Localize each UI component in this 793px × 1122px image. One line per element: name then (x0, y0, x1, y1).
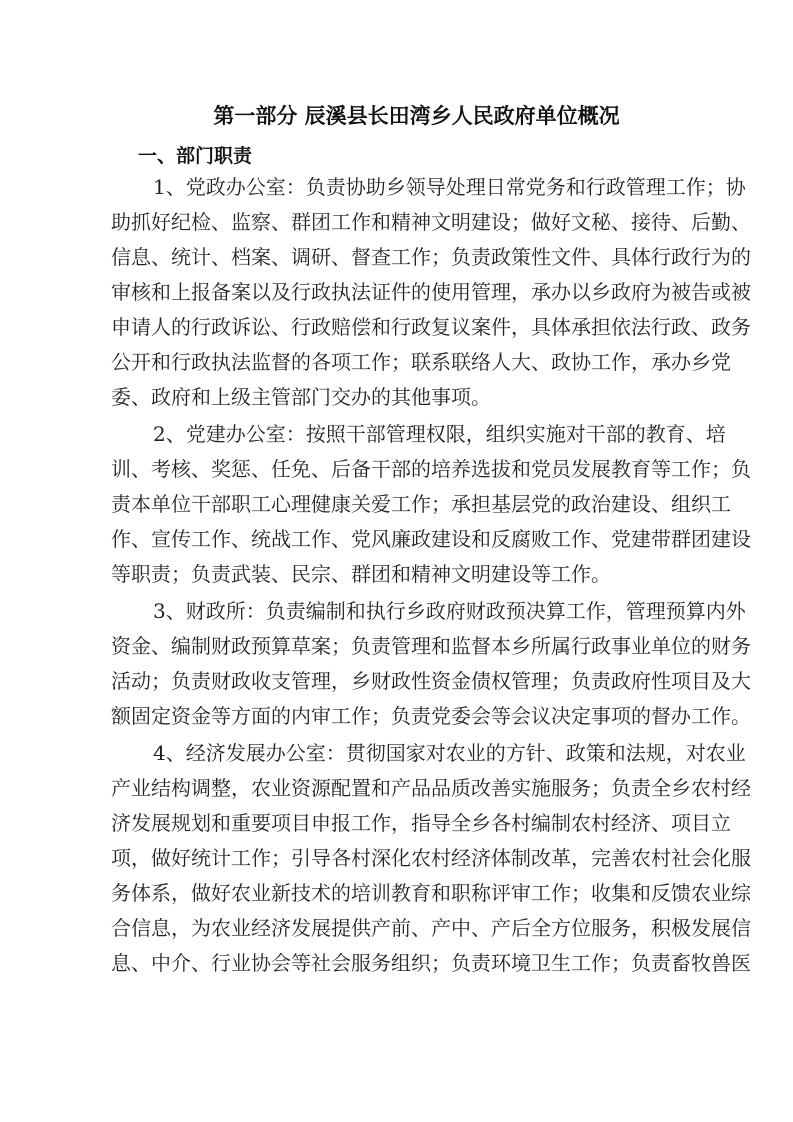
text-line: 项，做好统计工作；引导各村深化农村经济体制改革，完善农村社会化服 (111, 841, 699, 876)
text-line: 责本单位干部职工心理健康关爱工作；承担基层党的政治建设、组织工 (111, 487, 699, 522)
text-line: 申请人的行政诉讼、行政赔偿和行政复议案件，具体承担依法行政、政务 (111, 310, 699, 345)
text-line: 额固定资金等方面的内审工作；负责党委会等会议决定事项的督办工作。 (111, 699, 699, 734)
paragraph-party-government-office: 1、党政办公室：负责协助乡领导处理日常党务和行政管理工作；协 助抓好纪检、监察、… (111, 170, 699, 415)
text-line: 信息、统计、档案、调研、督查工作；负责政策性文件、具体行政行为的 (111, 240, 699, 275)
text-line: 资金、编制财政预算草案；负责管理和监督本乡所属行政事业单位的财务 (111, 629, 699, 664)
text-line: 3、财政所：负责编制和执行乡政府财政预决算工作，管理预算内外 (111, 594, 699, 629)
text-line: 公开和行政执法监督的各项工作；联系联络人大、政协工作，承办乡党 (111, 345, 699, 380)
text-line: 等职责；负责武装、民宗、群团和精神文明建设等工作。 (111, 557, 699, 592)
document-page: 第一部分 辰溪县长田湾乡人民政府单位概况 一、部门职责 1、党政办公室：负责协助… (0, 0, 793, 1122)
text-line: 审核和上报备案以及行政执法证件的使用管理，承办以乡政府为被告或被 (111, 275, 699, 310)
text-line: 1、党政办公室：负责协助乡领导处理日常党务和行政管理工作；协 (111, 170, 699, 205)
text-line: 2、党建办公室：按照干部管理权限，组织实施对干部的教育、培 (111, 417, 699, 452)
document-body: 1、党政办公室：负责协助乡领导处理日常党务和行政管理工作；协 助抓好纪检、监察、… (111, 170, 699, 983)
text-line: 活动；负责财政收支管理，乡财政性资金债权管理；负责政府性项目及大 (111, 664, 699, 699)
text-line: 务体系，做好农业新技术的培训教育和职称评审工作；收集和反馈农业综 (111, 876, 699, 911)
section-heading: 一、部门职责 (138, 144, 252, 168)
page-title: 第一部分 辰溪县长田湾乡人民政府单位概况 (0, 104, 793, 128)
text-line: 息、中介、行业协会等社会服务组织；负责环境卫生工作；负责畜牧兽医 (111, 946, 699, 981)
paragraph-party-building-office: 2、党建办公室：按照干部管理权限，组织实施对干部的教育、培 训、考核、奖惩、任免… (111, 417, 699, 592)
paragraph-economic-development-office: 4、经济发展办公室：贯彻国家对农业的方针、政策和法规，对农业 产业结构调整，农业… (111, 736, 699, 981)
text-line: 合信息，为农业经济发展提供产前、产中、产后全方位服务，积极发展信 (111, 911, 699, 946)
text-line: 助抓好纪检、监察、群团工作和精神文明建设；做好文秘、接待、后勤、 (111, 205, 699, 240)
text-line: 产业结构调整，农业资源配置和产品品质改善实施服务；负责全乡农村经 (111, 771, 699, 806)
text-line: 委、政府和上级主管部门交办的其他事项。 (111, 380, 699, 415)
text-line: 训、考核、奖惩、任免、后备干部的培养选拔和党员发展教育等工作；负 (111, 452, 699, 487)
text-line: 济发展规划和重要项目申报工作，指导全乡各村编制农村经济、项目立 (111, 806, 699, 841)
text-line: 4、经济发展办公室：贯彻国家对农业的方针、政策和法规，对农业 (111, 736, 699, 771)
text-line: 作、宣传工作、统战工作、党风廉政建设和反腐败工作、党建带群团建设 (111, 522, 699, 557)
paragraph-finance-office: 3、财政所：负责编制和执行乡政府财政预决算工作，管理预算内外 资金、编制财政预算… (111, 594, 699, 734)
